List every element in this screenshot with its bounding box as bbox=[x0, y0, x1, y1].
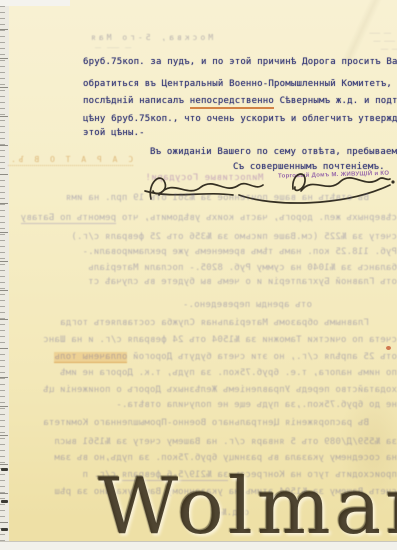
text-line: Главнымъ образомъ Матерiальная Служба со… bbox=[60, 318, 369, 328]
text-line: сѣверныхъ жел. дорогъ, часть коихъ увѣдо… bbox=[21, 213, 397, 223]
bleed-saratov: С А Р А Т О В Ъ. bbox=[8, 155, 133, 166]
photo-bottom-margin bbox=[0, 541, 397, 550]
photo-corner bbox=[0, 0, 70, 6]
ruler-mark bbox=[1, 468, 8, 471]
text-line: Въ распоряженiя Центральнаго Военно-Пром… bbox=[43, 418, 369, 428]
scanned-letter-photo: { "document_type": "scanned typewritten … bbox=[0, 0, 397, 550]
text-line: обратиться въ Центральный Военно-Промышл… bbox=[83, 79, 397, 89]
text-line: за №559/Д/089 отъ 5 января с/г. на Вашем… bbox=[54, 437, 397, 447]
text-line: Руб. 118.25 коп. намъ тѣмъ временемъ уже… bbox=[82, 247, 397, 257]
text-line: Въ отвѣтъ на ваше почтенное за №361 отъ … bbox=[66, 193, 369, 203]
bleed-corner-mark: –– ––– bbox=[316, 30, 391, 37]
text-line: счета по очистки Таможни за №1504 отъ 24… bbox=[43, 335, 397, 345]
bleed-corner-mark: –– –– bbox=[324, 46, 397, 53]
bleed-corner-mark: ––– –– bbox=[320, 38, 395, 45]
text-line: отъ 25 апрѣля с/г., но эти счета будутъ … bbox=[54, 352, 397, 362]
text-line: ходатайство передъ Управленiемъ Желѣзных… bbox=[43, 385, 397, 395]
text-line: этой цѣны.- bbox=[83, 128, 145, 138]
bleed-moscow-date: Москва, 5-го Мая bbox=[88, 33, 213, 42]
ruler-mark bbox=[1, 528, 8, 531]
text-line: по нимъ налога, т.е. 6руб.75коп. за пудъ… bbox=[60, 368, 397, 378]
bleed-tiny-print: —— ———— —— bbox=[95, 45, 131, 51]
text-line: не до 6руб.75коп.,за пудъ еще не получил… bbox=[116, 400, 397, 410]
text-line: балансъ за №1040 на сумму Руб. 8205.- по… bbox=[88, 263, 397, 273]
text-line: послѣднiй написалъ непосредственно Сѣвер… bbox=[83, 96, 397, 106]
text-line: 6руб.75коп. за пудъ, и по этой причинѣ Д… bbox=[83, 57, 397, 67]
text-line: счету за №225 (см.Ваше письмо за №356 от… bbox=[71, 232, 397, 242]
text-line: цѣну 6руб.75коп., что очень ускоритъ и о… bbox=[83, 114, 397, 124]
text-line: отъ аренды переведено.- bbox=[183, 300, 312, 310]
watermark-wolmar: Wolmar bbox=[98, 468, 397, 546]
text-line: отъ Главной Бухгалтерiи и о чемъ вы буде… bbox=[88, 277, 397, 287]
text-line: Въ ожиданiи Вашего по сему отвѣта, пребы… bbox=[150, 147, 397, 157]
ruler-mark bbox=[1, 500, 8, 503]
